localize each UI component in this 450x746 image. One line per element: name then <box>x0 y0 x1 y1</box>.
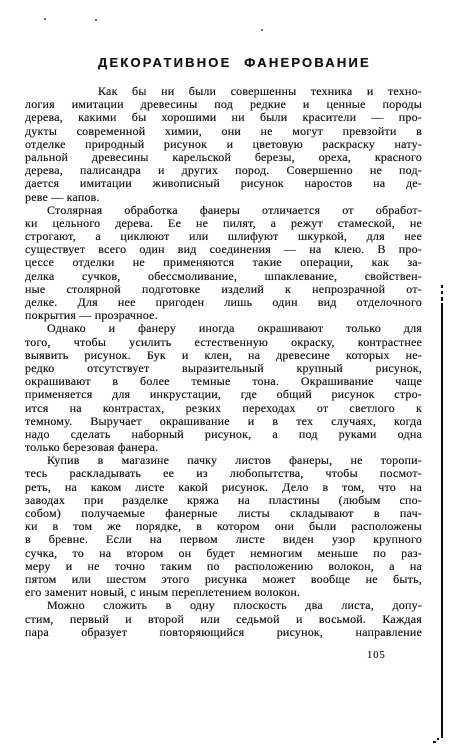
text-line: темному. Выручает окрашивание и в тех сл… <box>25 415 422 428</box>
text-line: Столярная обработка фанеры отличается от… <box>25 204 422 217</box>
text-line: того, чтобы усилить естественную окраску… <box>25 336 422 349</box>
text-line: дерева, какими бы хорошими ни были краси… <box>25 111 422 124</box>
scan-speck <box>44 18 46 20</box>
text-line: отделке природный рисунок и цветовую рас… <box>25 138 422 151</box>
text-line: применяется для инкрустации, где общий р… <box>25 388 422 401</box>
text-line: ится на контрастах, резких переходах от … <box>25 402 422 415</box>
page-number: 105 <box>367 650 386 661</box>
scan-speck <box>95 19 97 21</box>
text-line: стим, первый и второй или седьмой и вось… <box>25 613 422 626</box>
text-line: меру и не точно таким по расположению во… <box>25 560 422 573</box>
text-line: сучка, то на втором он будет немногим ме… <box>25 547 422 560</box>
scan-speck <box>261 29 263 31</box>
text-line: дукты современной химии, они не могут пр… <box>25 125 422 138</box>
chapter-heading: ДЕКОРАТИВНОЕ ФАНЕРОВАНИЕ <box>98 55 371 70</box>
scan-edge-dash <box>441 291 443 294</box>
page-body-text: Как бы ни были совершенны техника и техн… <box>25 85 422 639</box>
scanned-book-page: ДЕКОРАТИВНОЕ ФАНЕРОВАНИЕ Как бы ни были … <box>0 0 450 746</box>
scan-edge-line <box>441 303 443 738</box>
text-line: выявить рисунок. Бук и клен, на древесин… <box>25 349 422 362</box>
text-line: пара образует повторяющийся рисунок, нап… <box>25 626 422 639</box>
scan-edge-tail <box>433 741 436 743</box>
text-line: тесь раскладывать ее из любопытства, что… <box>25 467 422 480</box>
text-line: Можно сложить в одну плоскость два листа… <box>25 599 422 612</box>
text-line: Однако и фанеру иногда окрашивают только… <box>25 322 422 335</box>
text-line: реть, на каком листе какой рисунок. Дело… <box>25 481 422 494</box>
text-line: делка сучков, обессмоливание, шпаклевани… <box>25 270 422 283</box>
text-line: в бревне. Если на первом листе виден узо… <box>25 533 422 546</box>
text-line: цессе отделки не применяются такие опера… <box>25 256 422 269</box>
text-line: дается имитации живописный рисунок нарос… <box>25 177 422 190</box>
scan-edge-dash <box>441 297 443 301</box>
scan-edge-tail <box>437 738 439 740</box>
text-line: реве — капов. <box>25 191 422 204</box>
scan-edge-dash <box>441 285 443 288</box>
